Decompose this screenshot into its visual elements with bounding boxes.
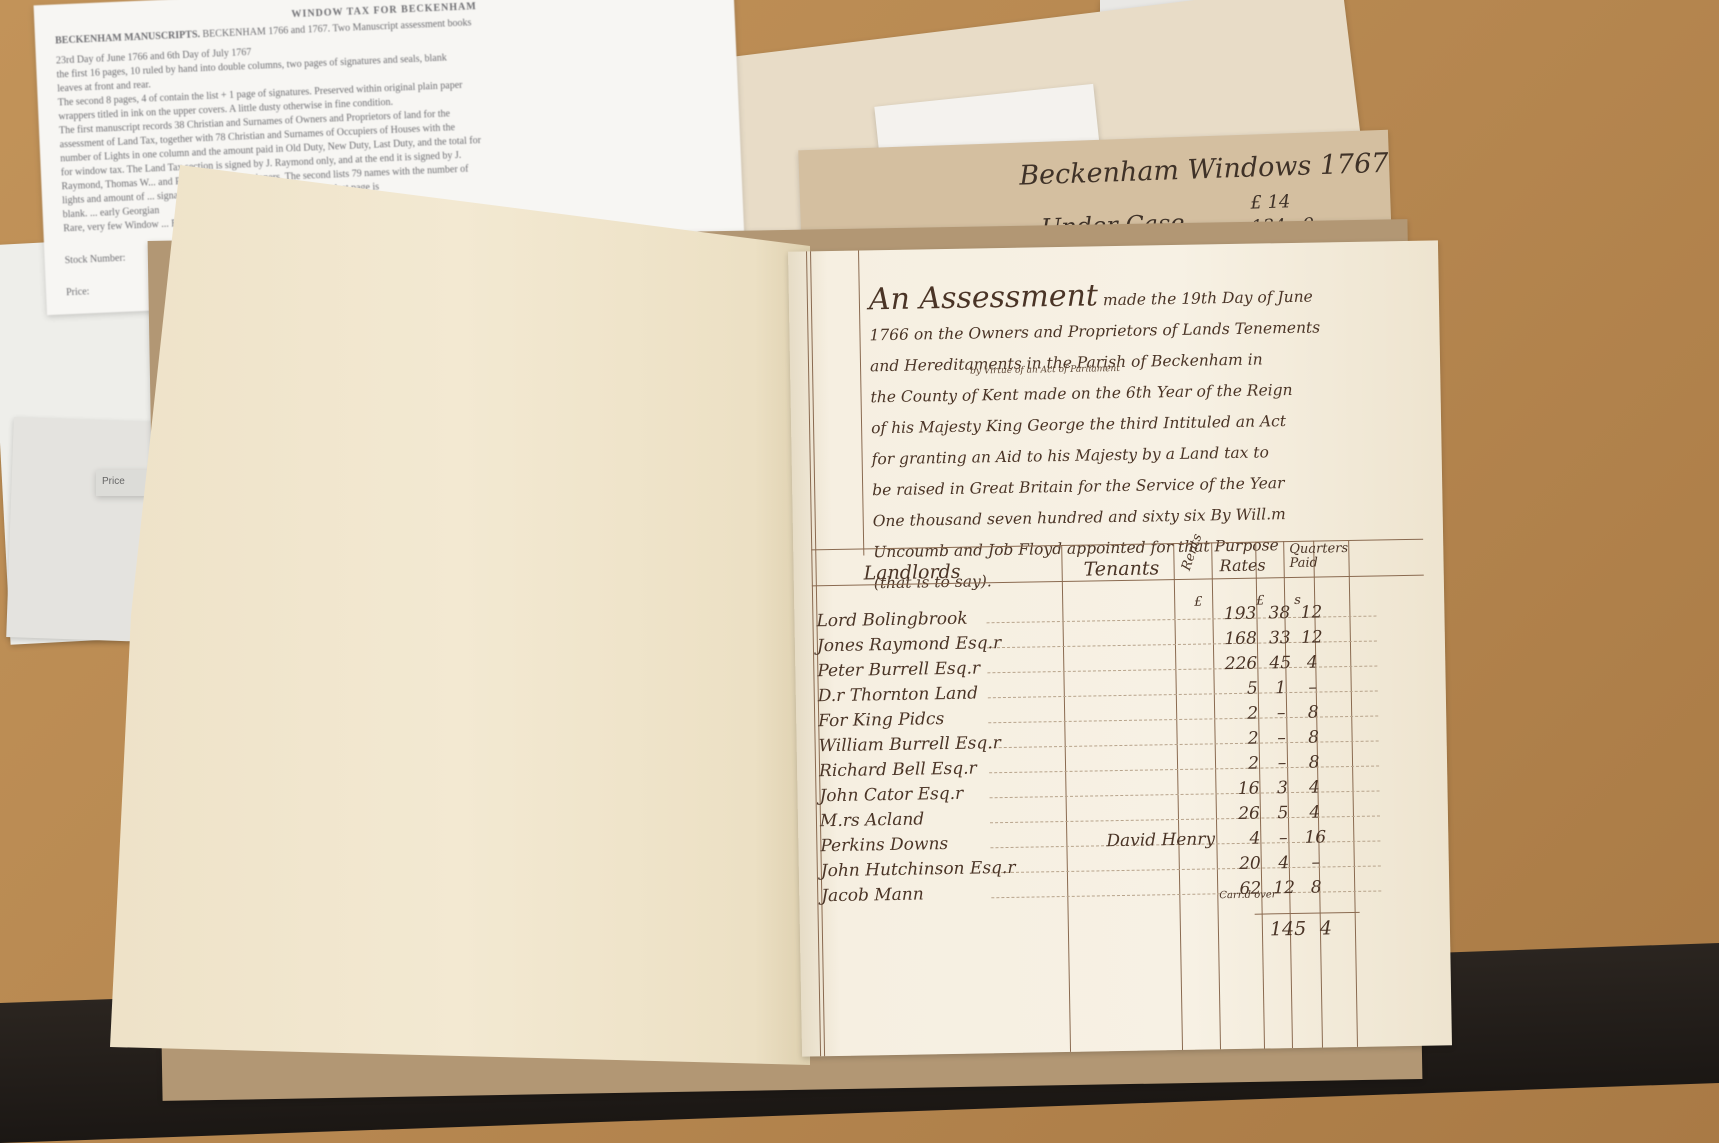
manuscript-page: An Assessment made the 19th Day of June … <box>788 240 1452 1056</box>
wrapper-title: Beckenham Windows 1767 <box>1019 148 1389 192</box>
wrapper-sum: £ 14 <box>1250 191 1291 213</box>
heading-rule <box>858 250 864 555</box>
total-shillings: 4 <box>1320 917 1332 939</box>
heading-title: An Assessment <box>869 278 1099 317</box>
header-rates: Rates <box>1219 555 1265 575</box>
blank-left-page <box>110 165 810 1065</box>
header-tenants: Tenants <box>1083 557 1159 580</box>
header-quarters-paid: Quarters Paid <box>1289 542 1349 571</box>
total-pounds: 145 <box>1270 918 1307 941</box>
assessment-table: Lord Bolingbrook1933812 Jones Raymond Es… <box>816 601 1421 911</box>
carried-over-label: Carr.d over <box>1219 889 1276 901</box>
header-landlords: Landlords <box>863 561 960 585</box>
total-rule <box>1255 912 1360 915</box>
